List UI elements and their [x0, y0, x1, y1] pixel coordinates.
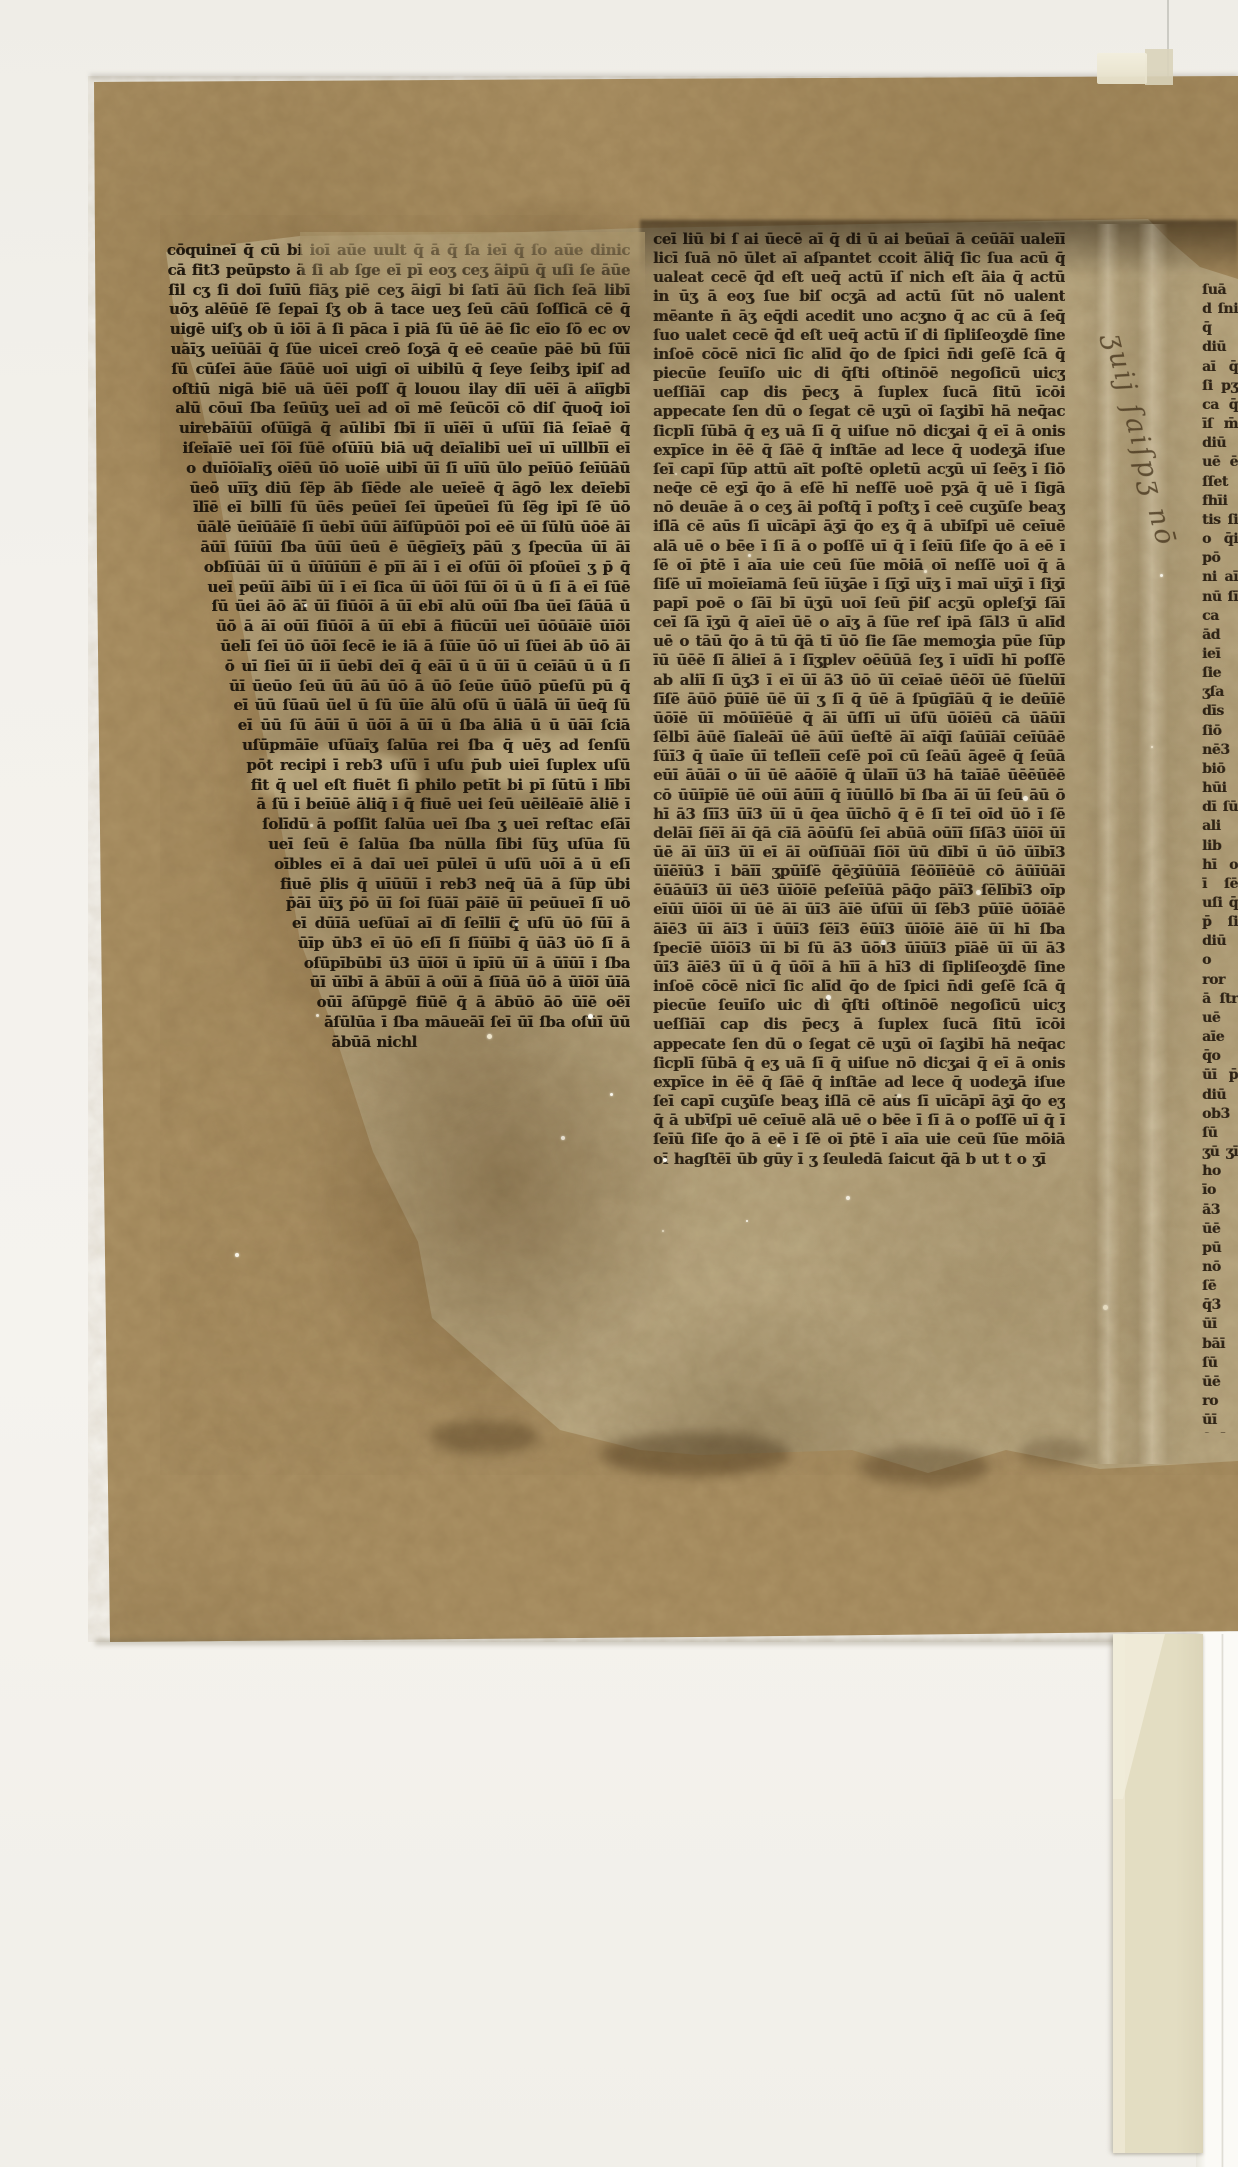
white-fleck [706, 1123, 708, 1125]
tape-fragment-top [1097, 53, 1147, 84]
white-fleck [826, 995, 831, 1000]
white-fleck [675, 473, 677, 475]
white-fleck [777, 1144, 780, 1147]
white-fleck [881, 940, 886, 945]
white-fleck [846, 1196, 850, 1200]
white-fleck [663, 1158, 667, 1162]
white-fleck [561, 1136, 565, 1140]
white-fleck [235, 1253, 239, 1257]
white-fleck [515, 923, 518, 926]
white-fleck [588, 1014, 593, 1019]
white-fleck [1023, 796, 1028, 801]
white-fleck [1160, 574, 1163, 577]
white-fleck [748, 554, 751, 557]
white-fleck [1151, 746, 1153, 748]
white-fleck [897, 1094, 901, 1098]
mount-sheet-crease [1221, 1634, 1224, 2167]
white-fleck [304, 604, 307, 607]
white-fleck [310, 824, 313, 827]
white-fleck [976, 890, 981, 895]
tape-strip-bottom [1113, 1634, 1203, 2153]
white-fleck [746, 1220, 748, 1222]
white-fleck-layer [0, 0, 1238, 2167]
white-fleck [610, 1093, 613, 1096]
white-fleck [662, 1230, 664, 1232]
white-fleck [316, 1014, 319, 1017]
white-fleck [487, 1034, 492, 1039]
white-fleck [924, 570, 927, 573]
tape-fragment-top-mesh [1145, 49, 1173, 85]
manuscript-photo: cōquineī q̄ cū bi ioī aūe uult q̄ ā q̄ ſ… [0, 0, 1238, 2167]
white-fleck [1103, 1305, 1108, 1310]
